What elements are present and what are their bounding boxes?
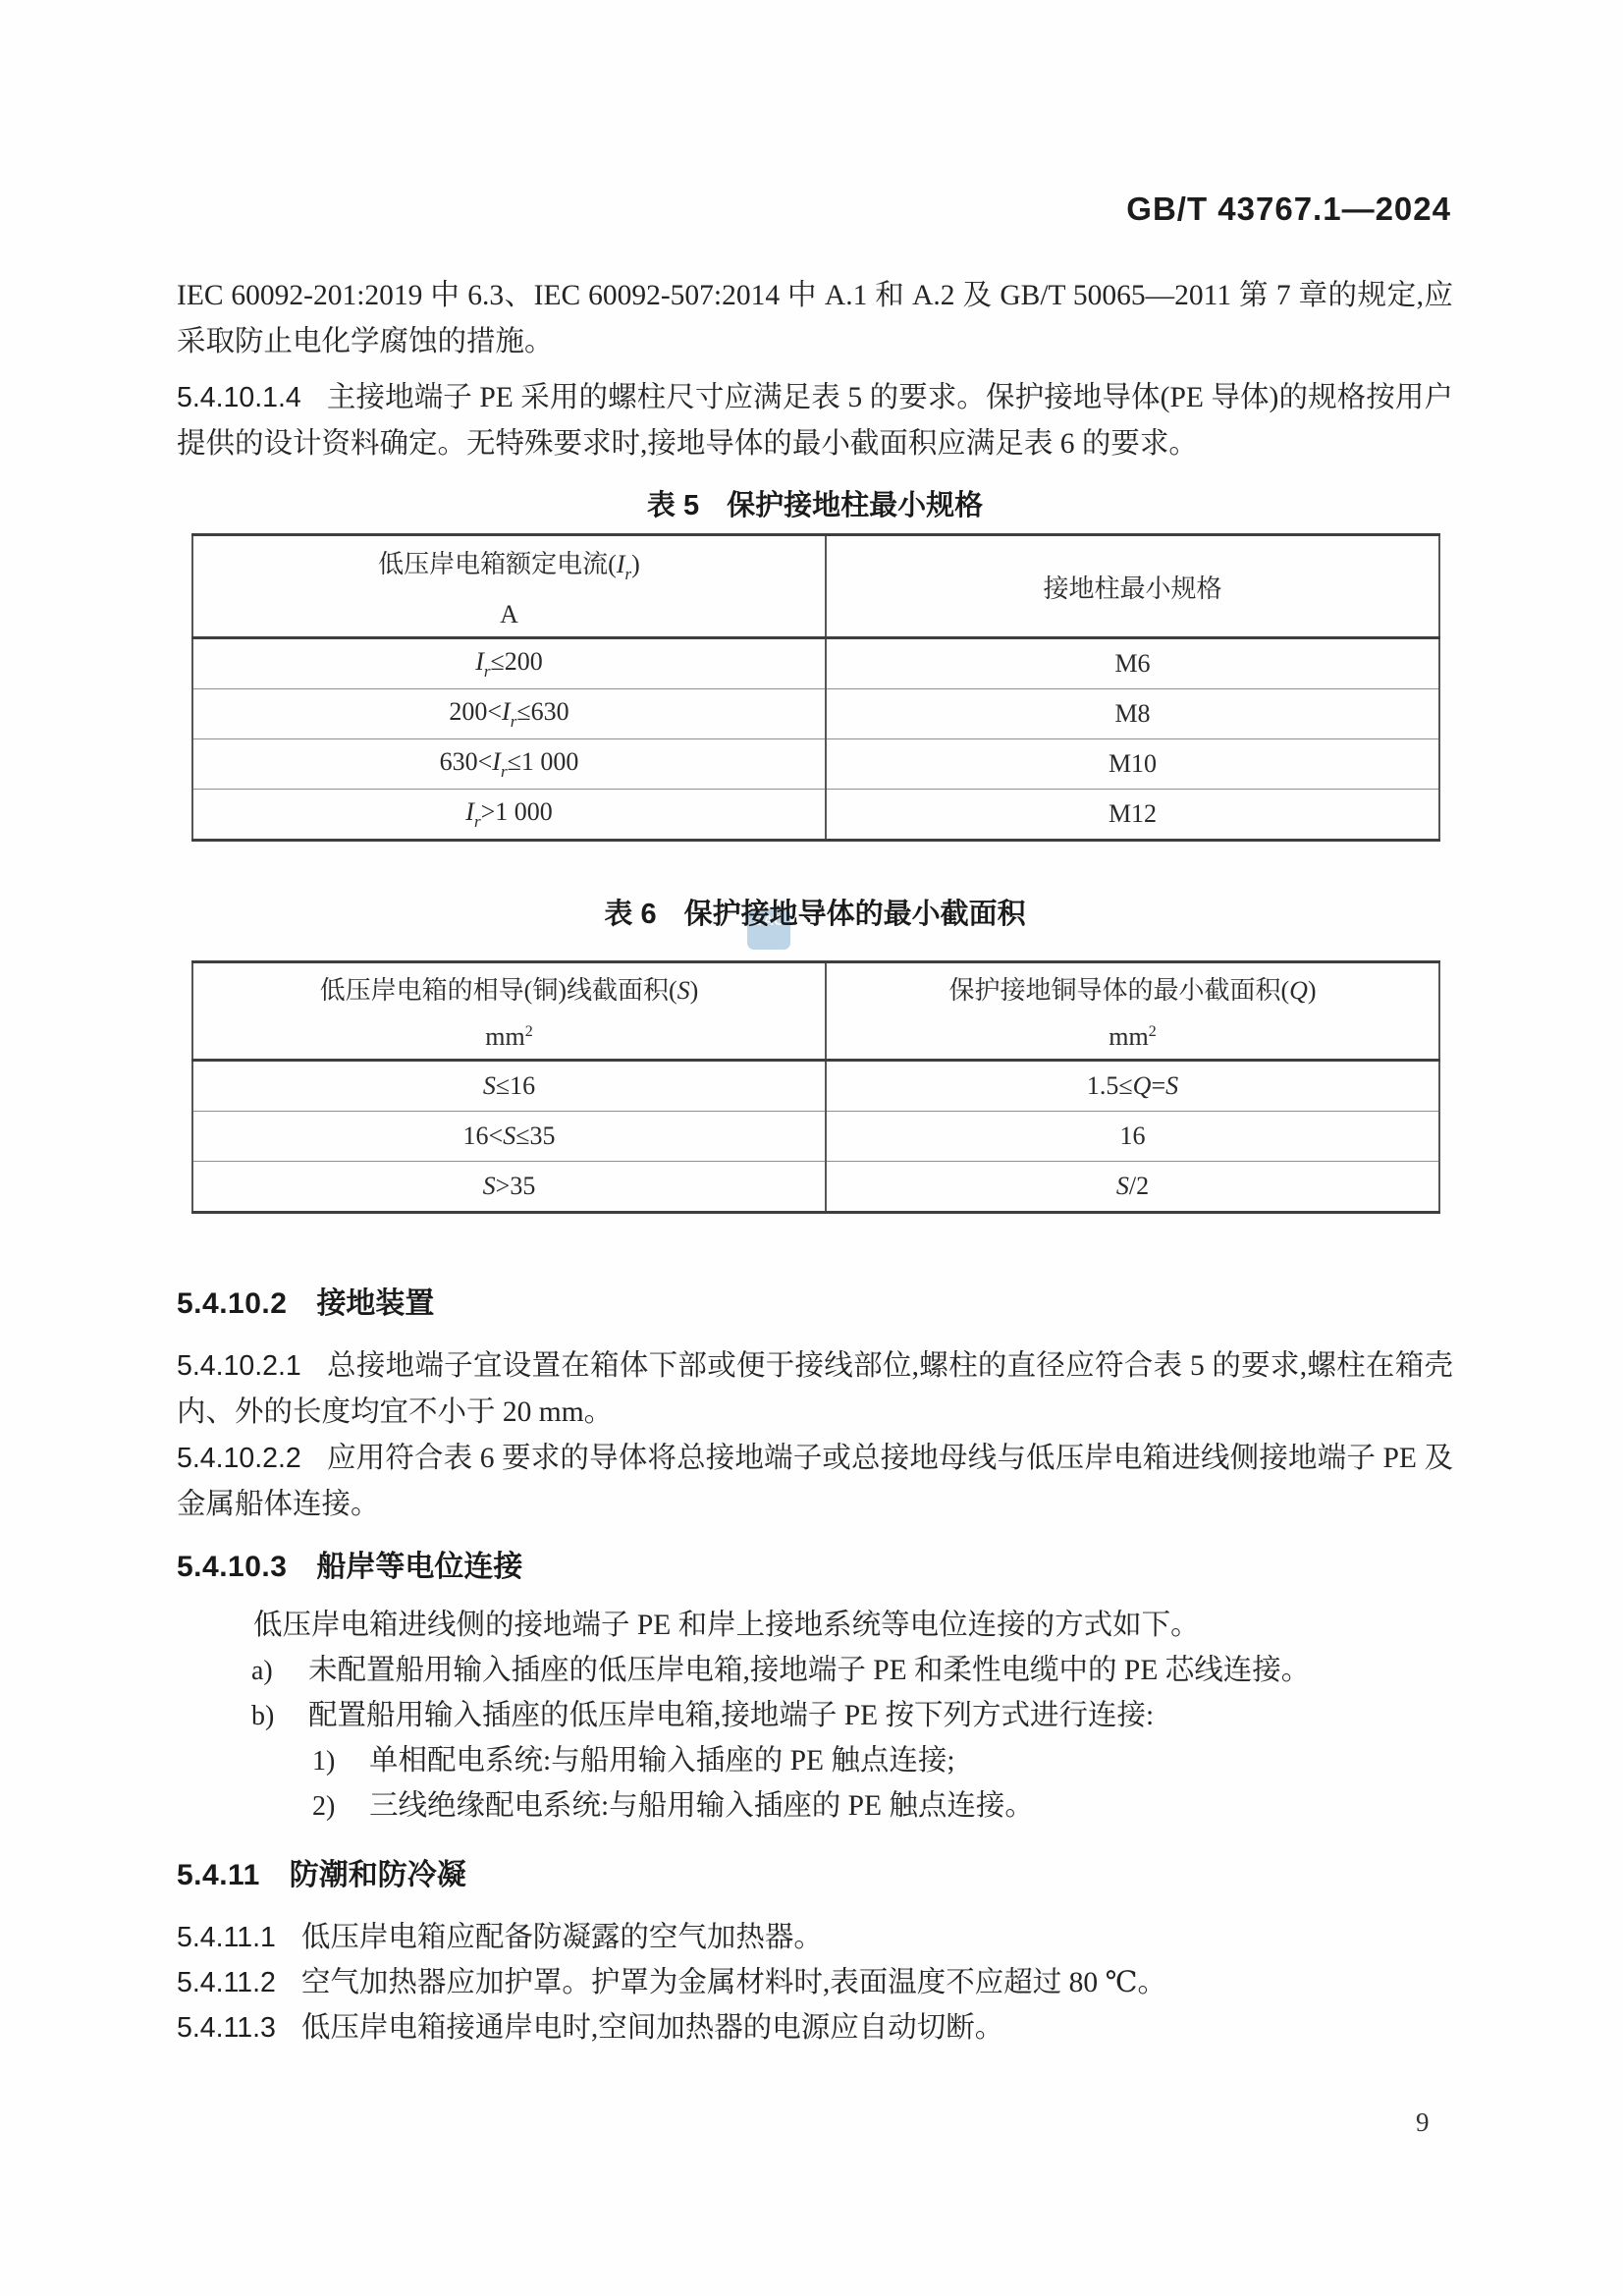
clause-text: 总接地端子宜设置在箱体下部或便于接线部位,螺柱的直径应符合表 5 的要求,螺柱在… <box>177 1350 1453 1428</box>
heading-number: 5.4.11 <box>177 1859 260 1891</box>
clause-5-4-11-1: 5.4.11.1低压岸电箱应配备防凝露的空气加热器。 <box>177 1915 1453 1961</box>
list-item-b1: 1)单相配电系统:与船用输入插座的 PE 触点连接; <box>312 1738 1453 1784</box>
clause-number: 5.4.10.1.4 <box>177 382 301 413</box>
table-header-row: 低压岸电箱额定电流(Ir) A 接地柱最小规格 <box>192 535 1439 638</box>
clause-number: 5.4.11.3 <box>177 2012 276 2044</box>
cell-stud-size: M6 <box>826 638 1439 689</box>
heading-number: 5.4.10.2 <box>177 1287 287 1320</box>
clause-5-4-11-2: 5.4.11.2空气加热器应加护罩。护罩为金属材料时,表面温度不应超过 80 ℃… <box>177 1960 1453 2006</box>
list-item-text: 三线绝缘配电系统:与船用输入插座的 PE 触点连接。 <box>369 1790 1034 1822</box>
clause-text: 空气加热器应加护罩。护罩为金属材料时,表面温度不应超过 80 ℃。 <box>301 1967 1166 1998</box>
paragraph-text: IEC 60092-201:2019 中 6.3、IEC 60092-507:2… <box>177 280 1453 357</box>
list-item-text: 未配置船用输入插座的低压岸电箱,接地端子 PE 和柔性电缆中的 PE 芯线连接。 <box>308 1655 1310 1686</box>
clause-number: 5.4.10.2.2 <box>177 1443 301 1474</box>
cell-section-range: 16<S≤35 <box>192 1112 826 1162</box>
cell-stud-size: M12 <box>826 790 1439 841</box>
table-5-title: 表 5保护接地柱最小规格 <box>177 483 1453 523</box>
cell-current-range: 200<Ir≤630 <box>192 689 826 739</box>
clause-number: 5.4.10.2.1 <box>177 1350 301 1382</box>
list-item-text: 配置船用输入插座的低压岸电箱,接地端子 PE 按下列方式进行连接: <box>308 1700 1154 1731</box>
heading-5-4-10-3: 5.4.10.3船岸等电位连接 <box>177 1542 522 1585</box>
paragraph-continuation: IEC 60092-201:2019 中 6.3、IEC 60092-507:2… <box>177 273 1453 365</box>
col-header-unit: A <box>500 600 518 629</box>
heading-5-4-11: 5.4.11防潮和防冷凝 <box>177 1850 466 1893</box>
table-header-row: 低压岸电箱的相导(铜)线截面积(S) mm2 保护接地铜导体的最小截面积(Q) … <box>192 962 1439 1061</box>
list-item-b: b)配置船用输入插座的低压岸电箱,接地端子 PE 按下列方式进行连接: <box>251 1693 1453 1739</box>
table-row: 630<Ir≤1 000 M10 <box>192 739 1439 790</box>
table-row: 16<S≤35 16 <box>192 1112 1439 1162</box>
table-5-title-number: 表 5 <box>647 490 699 521</box>
table-row: Ir>1 000 M12 <box>192 790 1439 841</box>
table-6-col1-header: 低压岸电箱的相导(铜)线截面积(S) mm2 <box>192 962 826 1061</box>
list-item-text: 单相配电系统:与船用输入插座的 PE 触点连接; <box>369 1745 955 1777</box>
clause-text: 主接地端子 PE 采用的螺柱尺寸应满足表 5 的要求。保护接地导体(PE 导体)… <box>177 382 1453 460</box>
cell-min-section: 16 <box>826 1112 1439 1162</box>
col-header-line1: 保护接地铜导体的最小截面积(Q) <box>948 970 1316 1007</box>
heading-text: 接地装置 <box>316 1287 434 1320</box>
clause-text: 应用符合表 6 要求的导体将总接地端子或总接地母线与低压岸电箱进线侧接地端子 P… <box>177 1443 1453 1520</box>
heading-number: 5.4.10.3 <box>177 1551 287 1583</box>
document-page: GB/T 43767.1—2024 IEC 60092-201:2019 中 6… <box>0 0 1623 2296</box>
cell-current-range: Ir>1 000 <box>192 790 826 841</box>
col-header-unit: mm2 <box>485 1022 532 1052</box>
table-row: S≤16 1.5≤Q=S <box>192 1061 1439 1112</box>
cell-current-range: Ir≤200 <box>192 638 826 689</box>
table-6-title-text: 保护接地导体的最小截面积 <box>684 899 1026 930</box>
list-marker: b) <box>251 1693 308 1739</box>
list-marker: 2) <box>312 1783 369 1830</box>
clause-5-4-10-2-1: 5.4.10.2.1总接地端子宜设置在箱体下部或便于接线部位,螺柱的直径应符合表… <box>177 1343 1453 1436</box>
table-row: Ir≤200 M6 <box>192 638 1439 689</box>
clause-5-4-10-2-2: 5.4.10.2.2应用符合表 6 要求的导体将总接地端子或总接地母线与低压岸电… <box>177 1436 1453 1528</box>
cell-stud-size: M8 <box>826 689 1439 739</box>
table-6-title: 表 6保护接地导体的最小截面积 <box>177 892 1453 932</box>
col-header-unit: mm2 <box>1109 1022 1156 1052</box>
standard-number: GB/T 43767.1—2024 <box>1126 191 1451 228</box>
heading-text: 船岸等电位连接 <box>316 1551 522 1583</box>
cell-min-section: 1.5≤Q=S <box>826 1061 1439 1112</box>
list-item-a: a)未配置船用输入插座的低压岸电箱,接地端子 PE 和柔性电缆中的 PE 芯线连… <box>251 1648 1453 1694</box>
list-item-b2: 2)三线绝缘配电系统:与船用输入插座的 PE 触点连接。 <box>312 1783 1453 1830</box>
table-row: S>35 S/2 <box>192 1162 1439 1213</box>
cell-section-range: S>35 <box>192 1162 826 1213</box>
table-row: 200<Ir≤630 M8 <box>192 689 1439 739</box>
table-6-col2-header: 保护接地铜导体的最小截面积(Q) mm2 <box>826 962 1439 1061</box>
page-number: 9 <box>1416 2107 1430 2138</box>
clause-5-4-11-3: 5.4.11.3低压岸电箱接通岸电时,空间加热器的电源应自动切断。 <box>177 2005 1453 2051</box>
table-5-col2-header: 接地柱最小规格 <box>826 535 1439 638</box>
table-6: 低压岸电箱的相导(铜)线截面积(S) mm2 保护接地铜导体的最小截面积(Q) … <box>191 960 1440 1214</box>
paragraph-text: 低压岸电箱进线侧的接地端子 PE 和岸上接地系统等电位连接的方式如下。 <box>253 1610 1200 1641</box>
col-header-line1: 低压岸电箱额定电流(Ir) <box>378 544 640 584</box>
clause-text: 低压岸电箱接通岸电时,空间加热器的电源应自动切断。 <box>301 2012 1003 2044</box>
cell-section-range: S≤16 <box>192 1061 826 1112</box>
table-5-title-text: 保护接地柱最小规格 <box>727 490 983 521</box>
clause-5-4-10-1-4: 5.4.10.1.4主接地端子 PE 采用的螺柱尺寸应满足表 5 的要求。保护接… <box>177 375 1453 467</box>
clause-text: 低压岸电箱应配备防凝露的空气加热器。 <box>301 1922 823 1953</box>
heading-text: 防潮和防冷凝 <box>290 1859 466 1891</box>
clause-number: 5.4.11.1 <box>177 1922 276 1953</box>
list-marker: 1) <box>312 1738 369 1784</box>
list-marker: a) <box>251 1648 308 1694</box>
cell-min-section: S/2 <box>826 1162 1439 1213</box>
cell-current-range: 630<Ir≤1 000 <box>192 739 826 790</box>
table-5: 低压岸电箱额定电流(Ir) A 接地柱最小规格 Ir≤200 M6 200<Ir… <box>191 533 1440 842</box>
heading-5-4-10-2: 5.4.10.2接地装置 <box>177 1279 434 1322</box>
table-5-col1-header: 低压岸电箱额定电流(Ir) A <box>192 535 826 638</box>
col-header-line1: 接地柱最小规格 <box>1043 569 1221 605</box>
paragraph-intro: 低压岸电箱进线侧的接地端子 PE 和岸上接地系统等电位连接的方式如下。 <box>253 1603 1453 1649</box>
col-header-line1: 低压岸电箱的相导(铜)线截面积(S) <box>320 970 699 1007</box>
table-6-title-number: 表 6 <box>604 899 656 930</box>
cell-stud-size: M10 <box>826 739 1439 790</box>
clause-number: 5.4.11.2 <box>177 1967 276 1998</box>
